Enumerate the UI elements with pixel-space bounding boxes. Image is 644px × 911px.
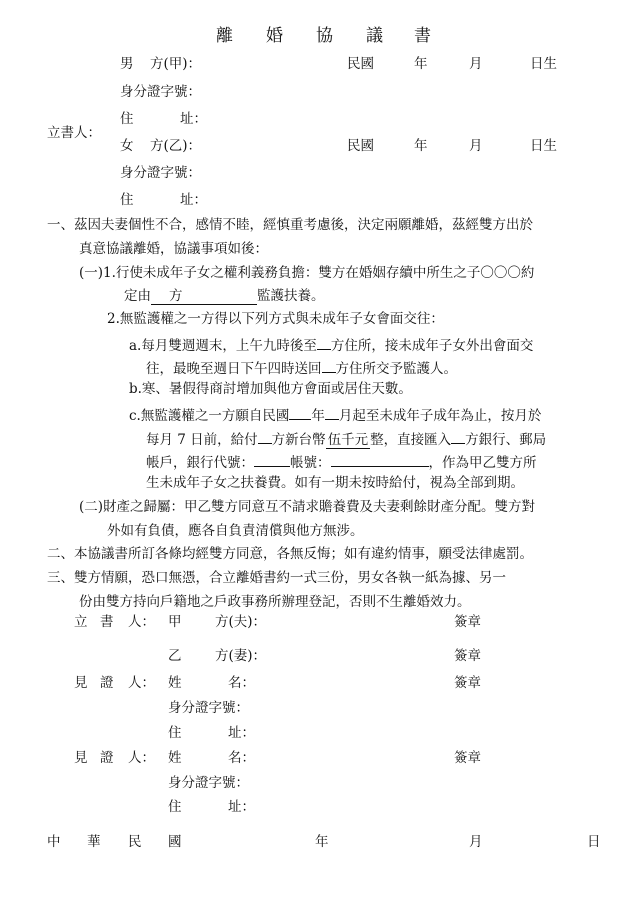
- male-label-a: 男: [120, 58, 134, 72]
- blank-bank-party[interactable]: [451, 431, 465, 444]
- date-day: 日: [587, 836, 601, 850]
- clause-one-line1: 一、茲因夫妻個性不合，感情不睦，經慎重考慮後，決定兩願離婚，茲經雙方出於: [47, 219, 533, 233]
- item-b-line: b.寒、暑假得商討增加與他方會面或居住天數。: [129, 383, 412, 397]
- item-c-text: ，作為甲乙雙方所: [429, 455, 537, 471]
- title-char: 婚: [266, 21, 283, 46]
- wife-label-b: 方(妻)：: [215, 650, 266, 664]
- female-birth-era: 民國: [347, 140, 374, 154]
- witness2-label-char: 人：: [128, 752, 155, 766]
- witness1-label-char: 證: [100, 677, 114, 691]
- bank-code-field[interactable]: [254, 454, 290, 467]
- sub1-line1: (一)1.行使未成年子女之權利義務負擔：雙方在婚姻存續中所生之子〇〇〇約: [79, 267, 534, 281]
- item-c-line2: 每月 7 日前，給付方新台幣伍千元整，直接匯入方銀行、郵局: [146, 431, 546, 448]
- account-number-field[interactable]: [331, 454, 429, 467]
- female-birth-year: 年: [414, 140, 428, 154]
- item-a-text: 往，最晚至週日下午四時送回: [146, 361, 322, 377]
- item-c-text: 每月 7 日前，給付: [146, 432, 258, 448]
- clause-one-line2: 真意協議離婚，協議事項如後：: [79, 243, 268, 257]
- item-a-text: a.每月雙週週末，上午九時後至: [129, 338, 317, 354]
- item-c-text: 方新台幣: [272, 432, 326, 448]
- husband-seal[interactable]: 簽章: [454, 616, 481, 630]
- item-c-text: 帳號：: [290, 455, 331, 471]
- witness2-seal[interactable]: 簽章: [454, 752, 481, 766]
- custody-party: 方: [169, 288, 183, 304]
- signer-label-char: 人：: [128, 616, 155, 630]
- witness1-addr-b: 址：: [228, 727, 255, 741]
- item-c-line4: 生未成年子女之扶養費。如有一期未按時給付，視為全部到期。: [146, 477, 524, 491]
- custody-blank[interactable]: 方: [151, 290, 257, 305]
- signer-label-char: 立: [74, 616, 88, 630]
- item-c-line3: 帳戶，銀行代號：帳號：，作為甲乙雙方所: [146, 454, 537, 471]
- item-c-line1: c.無監護權之一方願自民國年月起至未成年子成年為止，按月於: [129, 407, 541, 424]
- date-char: 民: [128, 836, 142, 850]
- title-char: 協: [316, 21, 333, 46]
- male-birth-day: 日生: [530, 58, 557, 72]
- item-c-text: 方銀行、郵局: [465, 432, 546, 448]
- clause-two: 二、本協議書所訂各條均經雙方同意，各無反悔；如有違約情事，願受法律處罰。: [47, 548, 533, 562]
- item-c-text: 月起至未成年子成年為止，按月於: [339, 408, 542, 424]
- sub1-line2-b: 監護扶養。: [257, 288, 325, 304]
- title-char: 離: [216, 21, 233, 46]
- item-c-text: 帳戶，銀行代號：: [146, 455, 254, 471]
- clause-three-line2: 份由雙方持向戶籍地之戶政事務所辦理登記，否則不生離婚效力。: [79, 596, 471, 610]
- female-birth-month: 月: [469, 140, 483, 154]
- sub1-item2: 2.無監護權之一方得以下列方式與未成年子女會面交往：: [107, 313, 444, 327]
- male-addr-a: 住: [120, 113, 134, 127]
- item-c-text: 年: [311, 408, 325, 424]
- male-birth-era: 民國: [347, 58, 374, 72]
- support-amount[interactable]: 伍千元: [326, 432, 371, 449]
- item-c-text: 整，直接匯入: [370, 432, 451, 448]
- female-addr-a: 住: [120, 194, 134, 208]
- witness2-addr-b: 址：: [228, 801, 255, 815]
- blank-start-year[interactable]: [289, 407, 311, 420]
- item-c-text: c.無監護權之一方願自民國: [129, 408, 289, 424]
- witness2-name-a: 姓: [168, 752, 182, 766]
- sub1-line2-a: 定由: [124, 288, 151, 304]
- female-id-label: 身分證字號：: [120, 167, 201, 181]
- witness1-id-label: 身分證字號：: [168, 702, 249, 716]
- blank-return-party[interactable]: [322, 360, 336, 373]
- witness2-name-b: 名：: [228, 752, 255, 766]
- sub1-custody-line: 定由方監護扶養。: [124, 290, 325, 305]
- male-birth-year: 年: [414, 58, 428, 72]
- male-label-b: 方(甲)：: [150, 58, 201, 72]
- sub2-line2: 外如有負債，應各自負責清償與他方無涉。: [107, 525, 364, 539]
- item-a-text: 方住所交予監護人。: [336, 361, 458, 377]
- husband-label-a: 甲: [168, 616, 182, 630]
- witness1-addr-a: 住: [168, 727, 182, 741]
- date-year: 年: [315, 836, 329, 850]
- blank-pickup-party[interactable]: [317, 337, 331, 350]
- signer-label-char: 書: [100, 616, 114, 630]
- witness2-id-label: 身分證字號：: [168, 777, 249, 791]
- wife-seal[interactable]: 簽章: [454, 650, 481, 664]
- witness2-label-char: 見: [74, 752, 88, 766]
- witness1-seal[interactable]: 簽章: [454, 677, 481, 691]
- female-label-a: 女: [120, 140, 134, 154]
- witness1-label-char: 見: [74, 677, 88, 691]
- husband-label-b: 方(夫)：: [215, 616, 266, 630]
- item-a-line1: a.每月雙週週末，上午九時後至方住所，接未成年子女外出會面交: [129, 337, 533, 354]
- title-char: 議: [366, 21, 383, 46]
- date-month: 月: [469, 836, 483, 850]
- male-birth-month: 月: [469, 58, 483, 72]
- female-label-b: 方(乙)：: [150, 140, 201, 154]
- blank-payee-party[interactable]: [258, 431, 272, 444]
- witness2-label-char: 證: [100, 752, 114, 766]
- female-birth-day: 日生: [530, 140, 557, 154]
- item-a-text: 方住所，接未成年子女外出會面交: [331, 338, 534, 354]
- date-char: 華: [87, 836, 101, 850]
- title-char: 書: [414, 21, 431, 46]
- witness1-name-a: 姓: [168, 677, 182, 691]
- witness2-addr-a: 住: [168, 801, 182, 815]
- item-a-line2: 往，最晚至週日下午四時送回方住所交予監護人。: [146, 360, 457, 377]
- clause-three-line1: 三、雙方情願，恐口無憑，合立離婚書約一式三份，男女各執一紙為據、另一: [47, 572, 506, 586]
- date-char: 國: [168, 836, 182, 850]
- male-id-label: 身分證字號：: [120, 86, 201, 100]
- male-addr-b: 址：: [180, 113, 207, 127]
- date-char: 中: [47, 836, 61, 850]
- blank-start-month[interactable]: [325, 407, 339, 420]
- wife-label-a: 乙: [168, 650, 182, 664]
- sub2-line1: (二)財產之歸屬：甲乙雙方同意互不請求贍養費及夫妻剩餘財產分配。雙方對: [79, 501, 535, 515]
- witness1-name-b: 名：: [228, 677, 255, 691]
- signer-group-label: 立書人：: [47, 127, 101, 141]
- witness1-label-char: 人：: [128, 677, 155, 691]
- female-addr-b: 址：: [180, 194, 207, 208]
